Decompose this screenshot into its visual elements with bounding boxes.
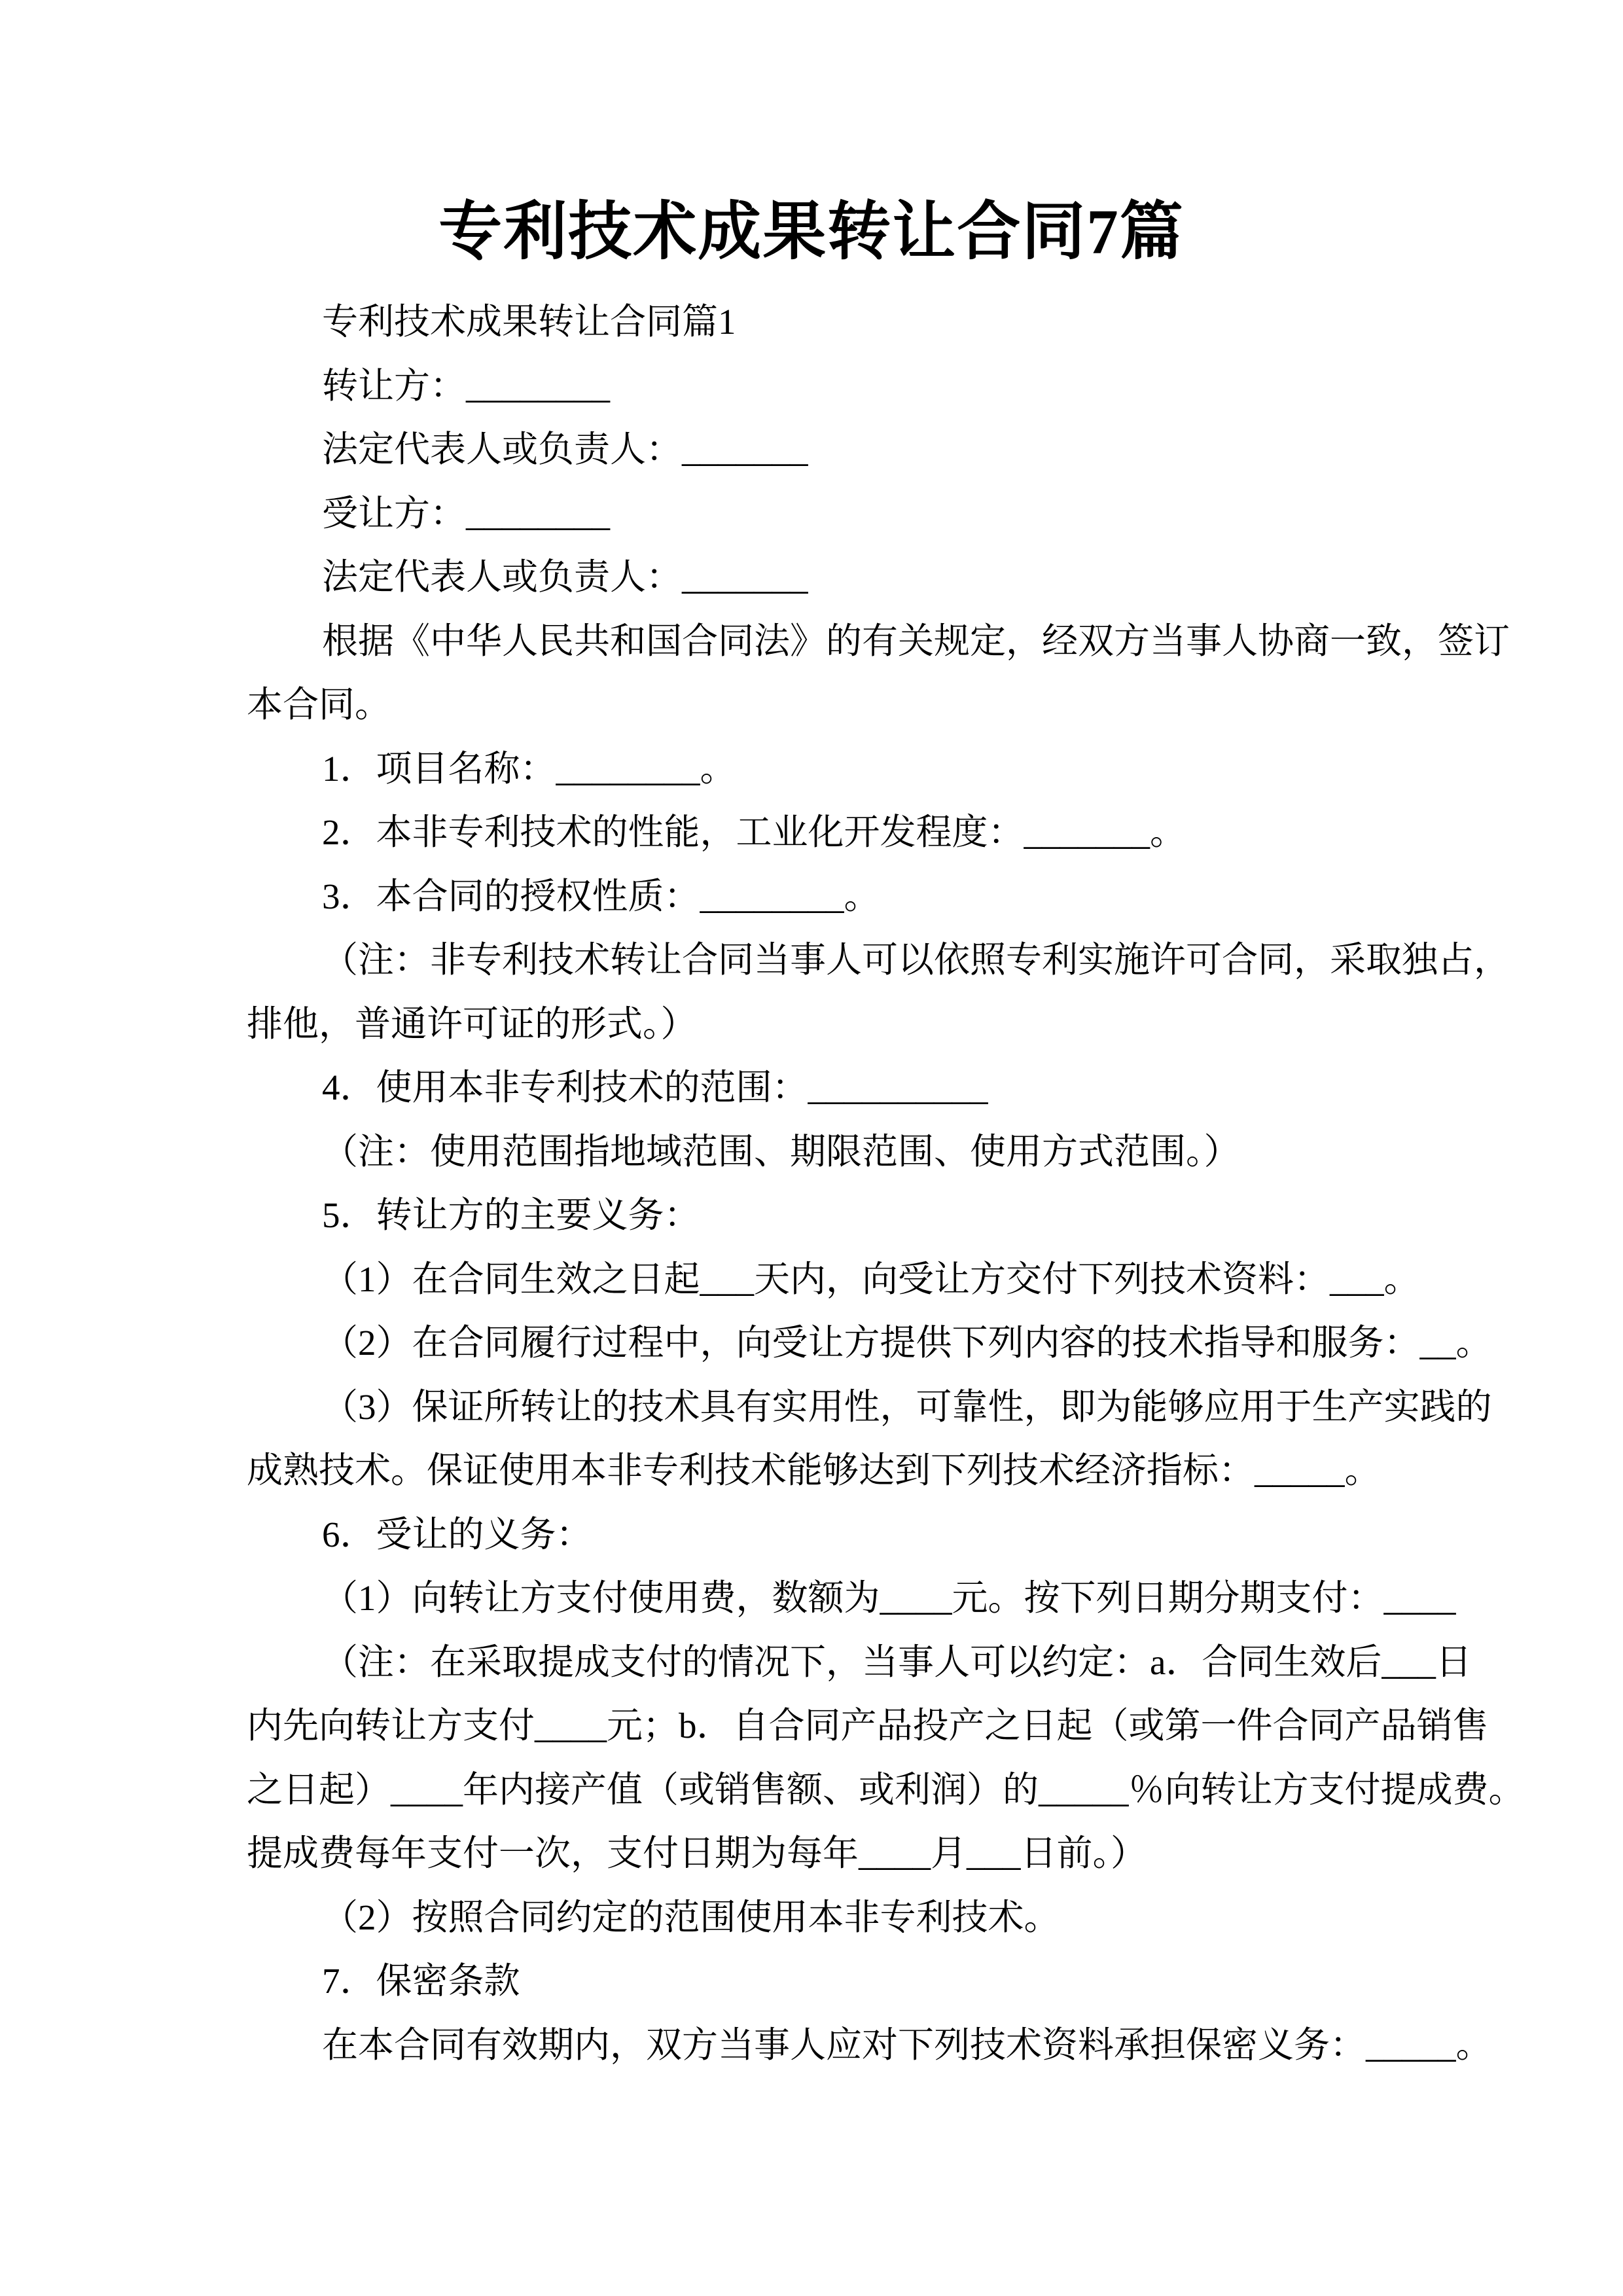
document-title: 专利技术成果转让合同7篇	[0, 183, 1623, 281]
paragraph-line: 本合同。	[247, 673, 1399, 737]
paragraph-line: 在本合同有效期内，双方当事人应对下列技术资料承担保密义务：_____。	[247, 2013, 1399, 2077]
paragraph-line: 成熟技术。保证使用本非专利技术能够达到下列技术经济指标：_____。	[247, 1439, 1399, 1503]
paragraph-line: 3．本合同的授权性质：________。	[247, 865, 1399, 929]
paragraph-line: 法定代表人或负责人：_______	[247, 418, 1399, 482]
paragraph-line: 根据《中华人民共和国合同法》的有关规定，经双方当事人协商一致，签订	[247, 609, 1399, 673]
paragraph-line: （注：使用范围指地域范围、期限范围、使用方式范围。）	[247, 1120, 1399, 1184]
document-body: 专利技术成果转让合同篇1转让方：________法定代表人或负责人：______…	[247, 290, 1399, 2077]
paragraph-line: 2．本非专利技术的性能，工业化开发程度：_______。	[247, 800, 1399, 865]
paragraph-line: 1．项目名称：________。	[247, 737, 1399, 801]
paragraph-line: 之日起）____年内接产值（或销售额、或利润）的_____％向转让方支付提成费。	[247, 1758, 1399, 1822]
paragraph-line: （2）在合同履行过程中，向受让方提供下列内容的技术指导和服务：__。	[247, 1311, 1399, 1375]
paragraph-line: 受让方：________	[247, 482, 1399, 546]
paragraph-line: （注：非专利技术转让合同当事人可以依照专利实施许可合同，采取独占，	[247, 928, 1399, 992]
document-page: 专利技术成果转让合同7篇 专利技术成果转让合同篇1转让方：________法定代…	[0, 0, 1623, 2296]
paragraph-line: 7．保密条款	[247, 1949, 1399, 2013]
paragraph-line: 法定代表人或负责人：_______	[247, 545, 1399, 609]
paragraph-line: （3）保证所转让的技术具有实用性，可靠性，即为能够应用于生产实践的	[247, 1375, 1399, 1439]
paragraph-line: 专利技术成果转让合同篇1	[247, 290, 1399, 354]
paragraph-line: 内先向转让方支付____元；b．自合同产品投产之日起（或第一件合同产品销售	[247, 1694, 1399, 1758]
paragraph-line: 提成费每年支付一次，支付日期为每年____月___日前。）	[247, 1821, 1399, 1886]
paragraph-line: 5．转让方的主要义务：	[247, 1183, 1399, 1247]
paragraph-line: 转让方：________	[247, 354, 1399, 418]
paragraph-line: （1）在合同生效之日起___天内，向受让方交付下列技术资料：___。	[247, 1247, 1399, 1312]
paragraph-line: （注：在采取提成支付的情况下，当事人可以约定：a．合同生效后___日	[247, 1630, 1399, 1695]
paragraph-line: （2）按照合同约定的范围使用本非专利技术。	[247, 1886, 1399, 1950]
paragraph-line: 排他，普通许可证的形式。）	[247, 992, 1399, 1056]
paragraph-line: 6．受让的义务：	[247, 1503, 1399, 1567]
paragraph-line: 4．使用本非专利技术的范围：__________	[247, 1056, 1399, 1120]
paragraph-line: （1）向转让方支付使用费，数额为____元。按下列日期分期支付：____	[247, 1566, 1399, 1630]
